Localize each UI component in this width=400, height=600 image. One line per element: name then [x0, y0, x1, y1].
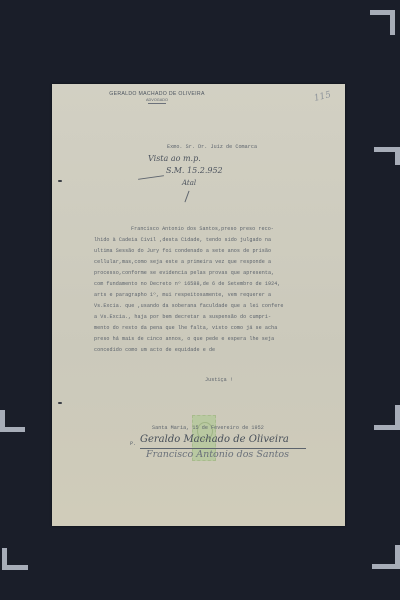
handwritten-flourish — [138, 175, 164, 180]
letterhead-title: ADVOGADO — [102, 98, 212, 102]
handwritten-note-line1: Vista ao m.p. — [148, 154, 201, 163]
corner-marker-top-right — [390, 10, 395, 35]
corner-marker-left-mid — [0, 427, 25, 432]
body-line: arts e paragrapho 1º, mui respeitosament… — [94, 292, 271, 298]
handwritten-note-line2: S.M. 15.2.952 — [166, 166, 223, 175]
addressee: Exmo. Sr. Dr. Juiz de Comarca — [167, 144, 257, 150]
corner-marker-bottom-left — [2, 565, 28, 570]
corner-marker-bottom-right — [372, 564, 400, 569]
closing: Justiça ! — [205, 377, 233, 383]
letterhead-rule — [148, 103, 166, 104]
body-line: lhido à Cadeia Civil ,desta Cidade, tend… — [94, 237, 271, 243]
folio-number: 115 — [313, 90, 332, 104]
letterhead-name: GERALDO MACHADO DE OLIVEIRA — [102, 91, 212, 97]
body-line: Vs.Excia. que ,usando da soberana faculd… — [94, 303, 284, 309]
body-line: com fundamento no Decreto nº 16588,de 6 … — [94, 281, 280, 287]
body-line: mento do resto da pena que lhe falta, vi… — [94, 325, 277, 331]
body-line: ultima Sessão do Jury foi condenado a se… — [94, 248, 271, 254]
body-line: processo,conforme se evidencia pelas pro… — [94, 270, 274, 276]
body-line: a Vs.Excia., haja por bem decretar a sus… — [94, 314, 271, 320]
signature-lawyer: Geraldo Machado de Oliveira — [140, 434, 289, 445]
body-line: preso há mais de cinco annos, o que pede… — [94, 336, 274, 342]
document-page: GERALDO MACHADO DE OLIVEIRA ADVOGADO 115… — [52, 84, 345, 526]
corner-marker-right-lower — [395, 405, 400, 430]
place-date: Santa Maria, 15 de Fevereiro de 1952 — [152, 425, 264, 431]
pp-label: P. — [130, 441, 136, 447]
body-line: concedido como um acto de equidade e de — [94, 347, 215, 353]
handwritten-note-line3: Atal — [182, 179, 196, 187]
punch-hole — [58, 180, 62, 182]
punch-hole — [58, 402, 62, 404]
body-line: Francisco Antonio dos Santos,preso preso… — [131, 226, 274, 232]
signature-petitioner: Francisco Antonio dos Santos — [146, 449, 289, 460]
corner-marker-right-mid — [395, 147, 400, 165]
handwritten-flourish — [184, 191, 189, 203]
body-line: cellular,mas,como seja este a primeira v… — [94, 259, 271, 265]
letterhead: GERALDO MACHADO DE OLIVEIRA ADVOGADO — [102, 91, 212, 104]
